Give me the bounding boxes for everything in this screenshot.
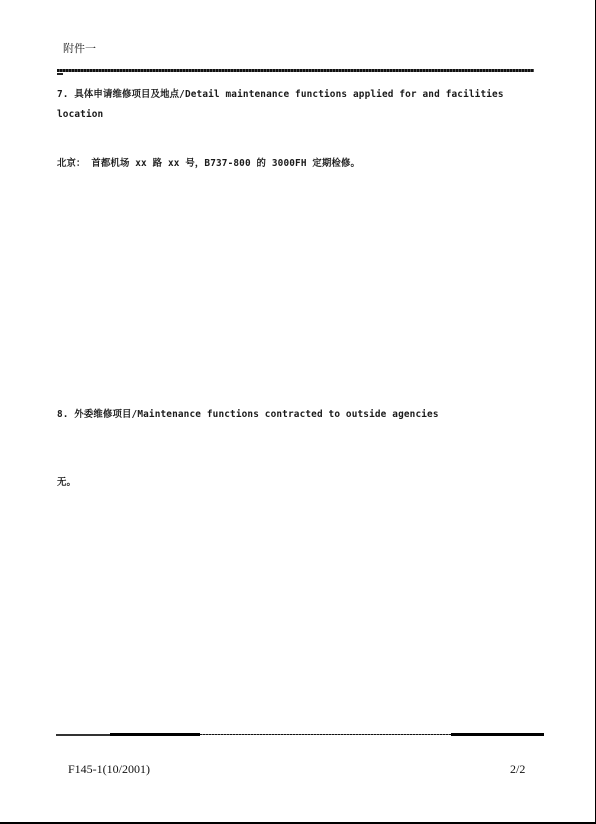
section-7-heading-continued: location	[57, 109, 103, 120]
form-code: F145-1(10/2001)	[68, 762, 150, 777]
section-7-heading: 7. 具体申请维修项目及地点/Detail maintenance functi…	[57, 86, 504, 100]
section-8-heading: 8. 外委维修项目/Maintenance functions contract…	[57, 406, 439, 420]
footer-rule-segment-right	[451, 733, 544, 736]
page-number: 2/2	[510, 762, 525, 777]
header-rule	[57, 69, 534, 72]
footer-rule-segment-mid	[110, 733, 200, 736]
document-page: 附件一 7. 具体申请维修项目及地点/Detail maintenance fu…	[0, 0, 596, 824]
footer-rule-segment-left	[56, 734, 110, 736]
section-7-body: 北京： 首都机场 xx 路 xx 号，B737-800 的 3000FH 定期检…	[57, 155, 360, 169]
header-rule-stub	[57, 73, 63, 75]
attachment-label: 附件一	[63, 40, 96, 56]
section-8-body: 无。	[57, 474, 76, 488]
